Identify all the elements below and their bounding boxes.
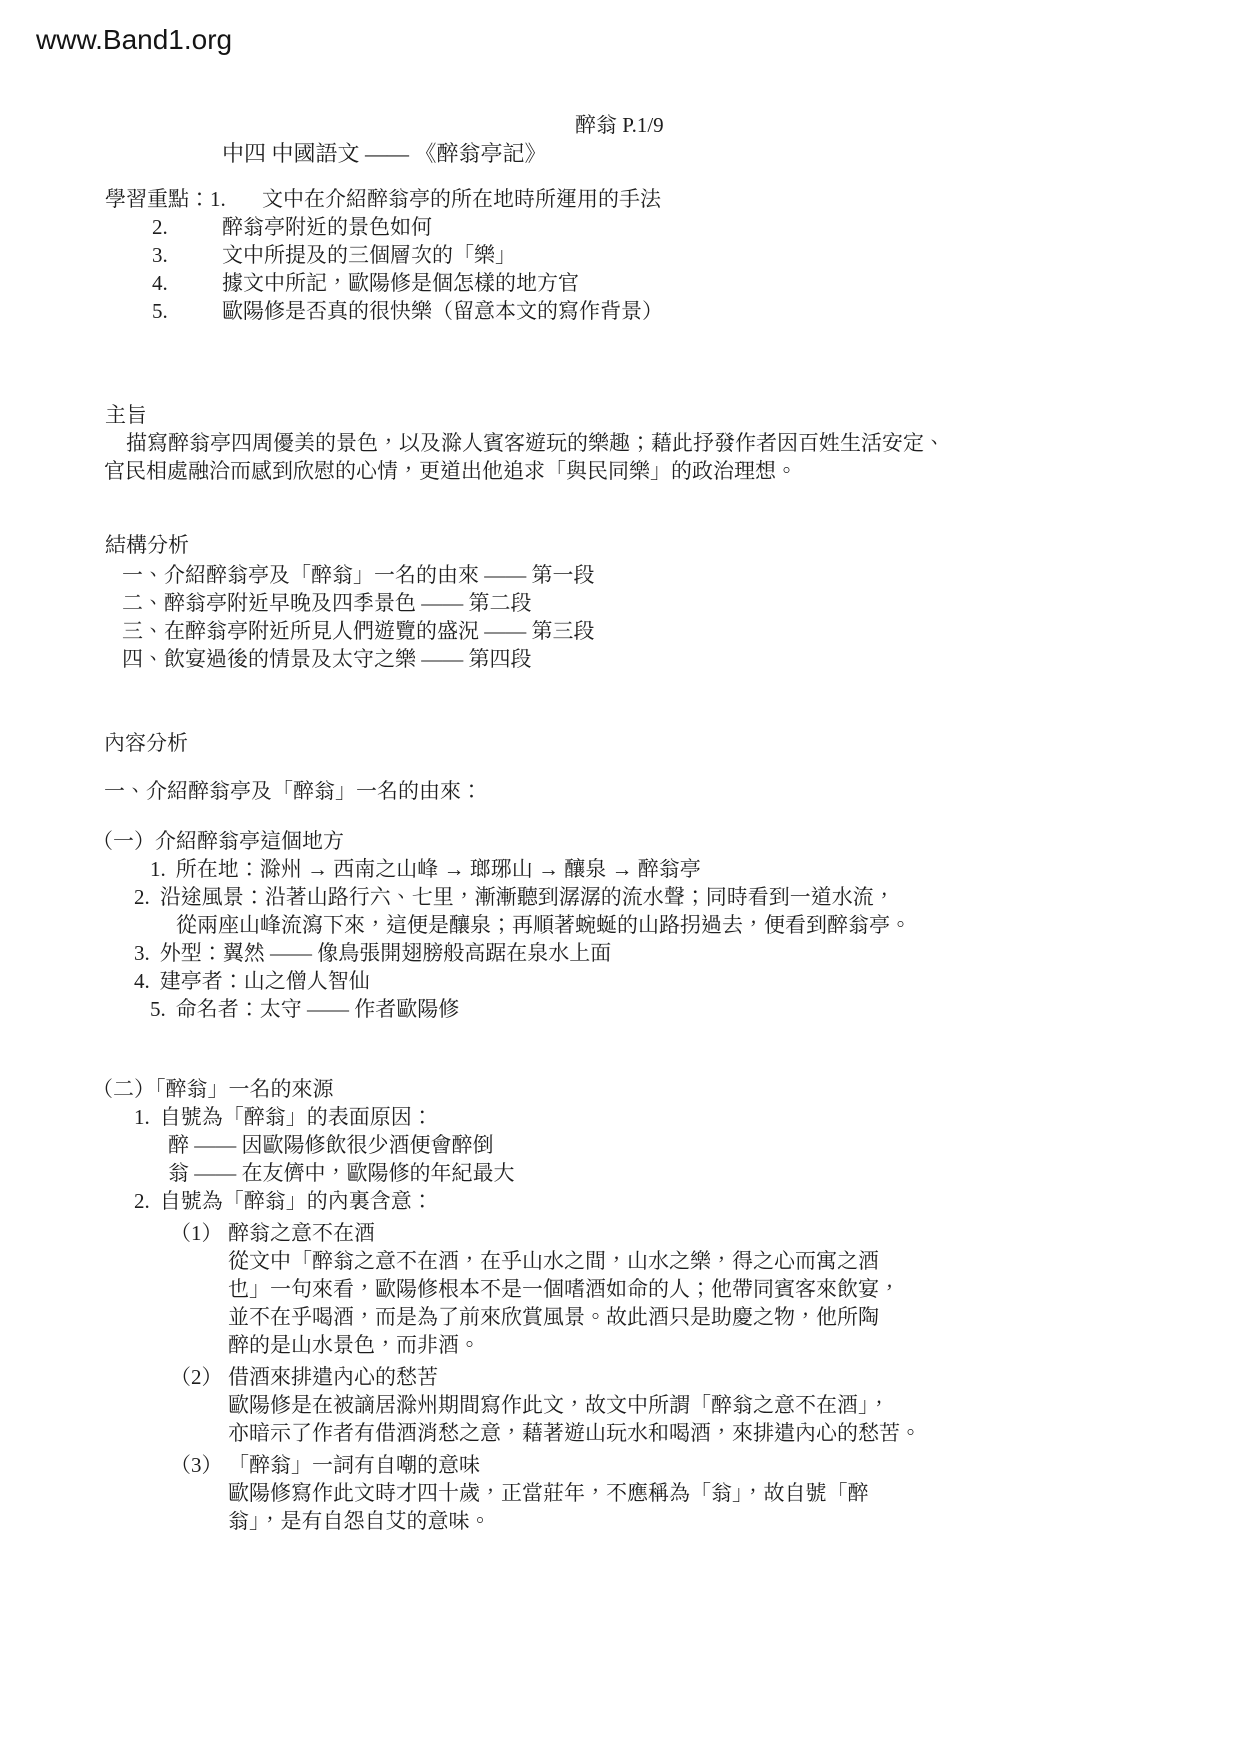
- study-point-text: 歐陽修是否真的很快樂（留意本文的寫作背景）: [222, 299, 663, 323]
- content-analysis-heading: 內容分析: [104, 730, 188, 757]
- item-text: 建亭者：山之僧人智仙: [160, 969, 370, 993]
- point-2-line: 歐陽修是在被謫居滁州期間寫作此文，故文中所謂「醉翁之意不在酒」，: [228, 1392, 890, 1419]
- point-2-line: 亦暗示了作者有借酒消愁之意，藉著遊山玩水和喝酒，來排遣內心的愁苦。: [228, 1420, 921, 1447]
- study-point-num: 1.: [210, 186, 262, 213]
- theme-line: 描寫醉翁亭四周優美的景色，以及滁人賓客遊玩的樂趣；藉此抒發作者因百姓生活安定、: [126, 430, 945, 457]
- study-points-line-4: 4.據文中所記，歐陽修是個怎樣的地方官: [152, 270, 579, 297]
- point-num: （3）: [170, 1452, 228, 1479]
- study-points-line-3: 3.文中所提及的三個層次的「樂」: [152, 242, 516, 269]
- structure-item: 四、飲宴過後的情景及太守之樂 —— 第四段: [122, 646, 532, 673]
- structure-item: 三、在醉翁亭附近所見人們遊覽的盛況 —— 第三段: [122, 618, 595, 645]
- study-point-num: 2.: [152, 214, 222, 241]
- part2-point-2: （2）借酒來排遣內心的愁苦: [170, 1364, 438, 1391]
- structure-item: 二、醉翁亭附近早晚及四季景色 —— 第二段: [122, 590, 532, 617]
- point-3-line: 歐陽修寫作此文時才四十歲，正當莊年，不應稱為「翁」，故自號「醉: [228, 1480, 869, 1507]
- item-text: 自號為「醉翁」的表面原因：: [160, 1105, 433, 1129]
- study-points-line-5: 5.歐陽修是否真的很快樂（留意本文的寫作背景）: [152, 298, 663, 325]
- point-1-line: 並不在乎喝酒，而是為了前來欣賞風景。故此酒只是助慶之物，他所陶: [228, 1304, 879, 1331]
- study-point-text: 文中在介紹醉翁亭的所在地時所運用的手法: [262, 187, 661, 211]
- study-point-text: 文中所提及的三個層次的「樂」: [222, 243, 516, 267]
- item-num: 4.: [134, 968, 150, 995]
- item-text: 沿途風景：沿著山路行六、七里，漸漸聽到潺潺的流水聲；同時看到一道水流，: [160, 885, 895, 909]
- study-point-text: 據文中所記，歐陽修是個怎樣的地方官: [222, 271, 579, 295]
- page-title: 中四 中國語文 —— 《醉翁亭記》: [222, 140, 547, 167]
- site-watermark: www.Band1.org: [36, 24, 232, 56]
- structure-item: 一、介紹醉翁亭及「醉翁」一名的由來 —— 第一段: [122, 562, 595, 589]
- part2-point-1: （1）醉翁之意不在酒: [170, 1220, 375, 1247]
- part1-item-2-continuation: 從兩座山峰流瀉下來，這便是釀泉；再順著蜿蜒的山路拐過去，便看到醉翁亭。: [176, 912, 911, 939]
- item-num: 1.: [150, 856, 166, 883]
- part1-item-5: 5.命名者：太守 —— 作者歐陽修: [150, 996, 459, 1023]
- point-title: 「醉翁」一詞有自嘲的意味: [228, 1453, 480, 1477]
- theme-heading: 主旨: [105, 402, 147, 429]
- point-3-line: 翁」，是有自怨自艾的意味。: [228, 1508, 491, 1535]
- study-point-text: 醉翁亭附近的景色如何: [222, 215, 432, 239]
- part1-item-4: 4.建亭者：山之僧人智仙: [134, 968, 370, 995]
- item-num: 2.: [134, 884, 150, 911]
- structure-heading: 結構分析: [105, 532, 189, 559]
- point-title: 醉翁之意不在酒: [228, 1221, 375, 1245]
- item-text: 命名者：太守 —— 作者歐陽修: [176, 997, 460, 1021]
- document-page: www.Band1.org 醉翁 P.1/9 中四 中國語文 —— 《醉翁亭記》…: [0, 0, 1240, 1754]
- point-title: 借酒來排遣內心的愁苦: [228, 1365, 438, 1389]
- study-points-line-2: 2.醉翁亭附近的景色如何: [152, 214, 432, 241]
- page-number-label: 醉翁 P.1/9: [575, 112, 664, 139]
- part2-item-2: 2.自號為「醉翁」的內裏含意：: [134, 1188, 433, 1215]
- point-1-line: 也」一句來看，歐陽修根本不是一個嗜酒如命的人；他帶同賓客來飲宴，: [228, 1276, 900, 1303]
- point-num: （1）: [170, 1220, 228, 1247]
- point-1-line: 從文中「醉翁之意不在酒，在乎山水之間，山水之樂，得之心而寓之酒: [228, 1248, 879, 1275]
- study-points-line-1: 學習重點：1.文中在介紹醉翁亭的所在地時所運用的手法: [105, 186, 661, 213]
- content-section1-heading: 一、介紹醉翁亭及「醉翁」一名的由來：: [104, 778, 482, 805]
- study-point-num: 4.: [152, 270, 222, 297]
- study-point-num: 5.: [152, 298, 222, 325]
- part1-label: （一）介紹醉翁亭這個地方: [92, 828, 344, 855]
- item-num: 5.: [150, 996, 166, 1023]
- part2-item-1-sub: 醉 —— 因歐陽修飲很少酒便會醉倒: [168, 1132, 494, 1159]
- study-points-label: 學習重點：: [105, 186, 210, 213]
- item-num: 2.: [134, 1188, 150, 1215]
- item-text: 所在地：滁州 → 西南之山峰 → 瑯琊山 → 釀泉 → 醉翁亭: [176, 857, 701, 881]
- point-num: （2）: [170, 1364, 228, 1391]
- study-point-num: 3.: [152, 242, 222, 269]
- item-num: 1.: [134, 1104, 150, 1131]
- part1-item-1: 1.所在地：滁州 → 西南之山峰 → 瑯琊山 → 釀泉 → 醉翁亭: [150, 856, 701, 883]
- part2-item-1: 1.自號為「醉翁」的表面原因：: [134, 1104, 433, 1131]
- point-1-line: 醉的是山水景色，而非酒。: [228, 1332, 480, 1359]
- item-text: 外型：翼然 —— 像鳥張開翅膀般高踞在泉水上面: [160, 941, 612, 965]
- part2-label: （二）「醉翁」一名的來源: [92, 1076, 334, 1103]
- item-num: 3.: [134, 940, 150, 967]
- part2-item-1-sub: 翁 —— 在友儕中，歐陽修的年紀最大: [168, 1160, 515, 1187]
- item-text: 自號為「醉翁」的內裏含意：: [160, 1189, 433, 1213]
- theme-line: 官民相處融洽而感到欣慰的心情，更道出他追求「與民同樂」的政治理想。: [104, 458, 797, 485]
- part1-item-3: 3.外型：翼然 —— 像鳥張開翅膀般高踞在泉水上面: [134, 940, 611, 967]
- part1-item-2: 2.沿途風景：沿著山路行六、七里，漸漸聽到潺潺的流水聲；同時看到一道水流，: [134, 884, 895, 911]
- part2-point-3: （3）「醉翁」一詞有自嘲的意味: [170, 1452, 480, 1479]
